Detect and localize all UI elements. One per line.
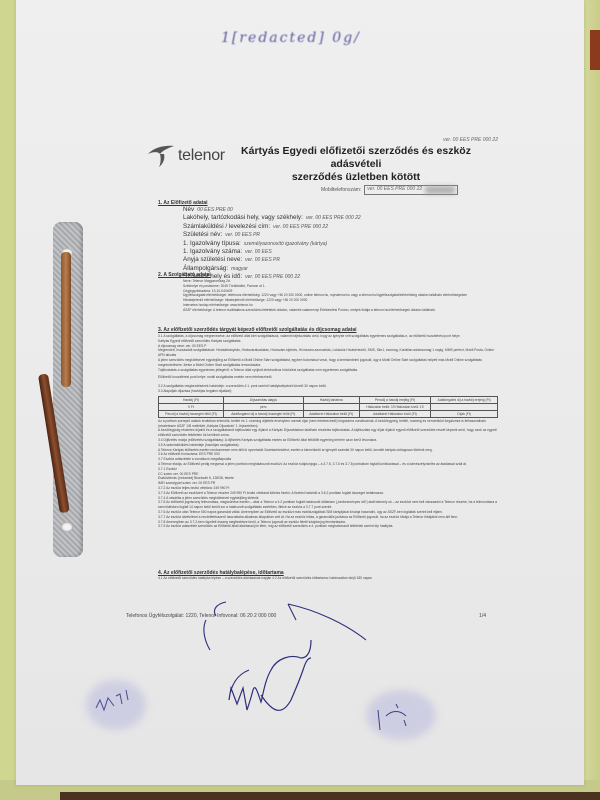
fee-header-cell: Havidíj tartalma [303,396,359,403]
service-line: Tájékoztatás a szolgáltatás egyetemes je… [158,368,498,373]
fee-header-cell: Havidíj (Ft) [159,396,224,403]
field-value: ver. 00 EES PR [245,257,280,263]
fee-header-cell: Díjak (Ft) [431,410,498,417]
field-label: 1. Igazolvány száma: [183,248,242,255]
subscriber-field: Anyja születési neve:ver. 00 EES PR [158,256,498,264]
version-label: ver. 00 EES PRE 000 22 [443,137,498,143]
fee-header-cell: Adatkeret Hálózaton belül (Ft) [303,410,359,417]
mobile-number-value: ver. 00 EES PRE 000 22 [367,186,422,192]
service-clause: A Telenor eladja, az Előfizető pedig meg… [158,462,498,467]
subscriber-field: Születési név:ver. 00 EES PR [158,231,498,239]
title-line-1: Kártyás Egyedi előfizetői szerződés és e… [226,145,486,171]
subscriber-field: 1. Igazolvány száma:ver. 00 EES [158,248,498,256]
fee-table: Havidíj (Ft)Díjszámítás alapjaHavidíj ta… [158,396,498,418]
section-effective-date: 4. Az előfizetői szerződés hatálybalépés… [158,570,498,581]
field-value: magyar [231,266,248,272]
subscriber-field: Név00 EES PRE 00 [158,206,498,214]
field-label: Számlaküldési / levelezési cím: [183,223,270,230]
field-label: Lakóhely, tartózkodási hely, vagy székhe… [183,214,303,221]
fee-value-cell: 0 Ft [159,403,224,410]
service-clause: Az a portban szereplő adatok bruttóban é… [158,419,498,429]
provider-line: ÁSZF elérhetősége: A telenor.hu/általáno… [158,308,498,313]
handwritten-note: 1[redacted] 0g/ [221,30,361,46]
field-value: ver. 00 EES PRE 000 22 [306,215,361,221]
logo-text: telenor [178,147,225,165]
field-value: ver. 00 EES PR [225,232,260,238]
desk-edge [60,792,600,800]
field-label: Anyja születési neve: [183,256,242,263]
title-line-2: szerződés üzletben kötött [226,171,486,184]
signature-left [76,670,156,735]
service-clause: 3.7.5 Az előfizetői jogviszony felmondás… [158,500,498,510]
desk-surface-left [0,0,16,800]
signature-right [356,680,446,755]
fee-header-cell: Adatforgalmi díj a havidíj erejéig (Ft) [431,396,498,403]
document-title: Kártyás Egyedi előfizetői szerződés és e… [226,145,486,184]
fee-header-cell: Adatkeret Hálózaton kívül (Ft) [359,410,431,417]
telenor-propeller-icon [146,144,176,168]
mobile-number-field: ver. 00 EES PRE 000 22 [364,185,458,195]
fee-value-cell: Hálózaton belül: 19 Hálózaton kívül: 19 [359,403,431,410]
section-provider-data: 2. A Szolgáltató adatai Neve: Telenor Ma… [158,272,498,313]
binder-strap [61,252,71,387]
contract-page: 1[redacted] 0g/ ver. 00 EES PRE 000 22 t… [16,0,584,785]
service-clause: 3.7.9 Az eszköz adásvételi szerződés az … [158,524,498,529]
field-label: Születési név: [183,231,222,238]
section-3-title: 3. Az előfizetői szerződés tárgyát képez… [158,327,498,333]
mobile-number-row: Mobiltelefonszám: ver. 00 EES PRE 000 22 [321,185,458,195]
field-value: ver. 00 EES [245,249,272,255]
desk-surface-right [582,0,600,800]
field-label: Állampolgárság: [183,265,228,272]
field-label: Név [183,206,194,213]
section-2-title: 2. A Szolgáltató adatai [158,272,498,278]
subscriber-field: Lakóhely, tartózkodási hely, vagy székhe… [158,214,498,222]
page-number: 1/4 [479,613,486,619]
clause-3-3: 3.3 Alapdíjak díjazása (havidíjas forgal… [158,389,498,394]
fee-header-cell: Percdíj a havidíj összegén felül (Ft) [159,410,224,417]
desk-corner [590,30,600,70]
fee-header-cell: Percdíj a havidíj erejéig (Ft) [359,396,431,403]
field-value: személyazonosító igazolvány (kártya) [244,241,327,247]
service-line: Megrendelt, hozzáadott szolgáltatások: H… [158,348,498,358]
access-point-text: Előfizetői hozzáférési pont helye: mobil… [158,375,498,380]
fee-value-cell [431,403,498,410]
section-subscriber-data: 1. Az Előfizető adatai Név00 EES PRE 00L… [158,200,498,282]
telenor-logo: telenor [146,144,225,168]
service-line: A jelen szerződés megkötésével egyidejűl… [158,358,498,368]
field-value: 00 EES PRE 00 [197,207,233,213]
signature-upper-strokes [196,600,446,665]
subscriber-field: 1. Igazolvány típusa:személyazonosító ig… [158,240,498,248]
binder-hole-bottom [61,522,73,532]
fee-header-cell: Adatforgalmi díj a havidíj összegén felü… [224,410,304,417]
subscriber-field: Számlaküldési / levelezési cím:ver. 00 E… [158,223,498,231]
field-label: 1. Igazolvány típusa: [183,240,241,247]
clause-4-1: 4.1 Az előfizetői szerződés hatályba lép… [158,576,498,581]
handwritten-note-text: 1[redacted] 0g/ [221,30,361,46]
fee-header-cell: Díjszámítás alapja [224,396,304,403]
field-value: ver. 00 EES PRE 000 22 [273,224,328,230]
service-clause: 3.7.7 Az eszköz átvételével a rendelteté… [158,515,498,520]
section-service-data: 3. Az előfizetői szerződés tárgyát képez… [158,327,498,529]
redaction-blur [425,186,455,194]
mobile-number-label: Mobiltelefonszám: [321,187,361,193]
service-clause: A kezdőegység részletes díjairól és a sz… [158,428,498,438]
fee-value-cell: perc [224,403,304,410]
fee-value-cell [303,403,359,410]
